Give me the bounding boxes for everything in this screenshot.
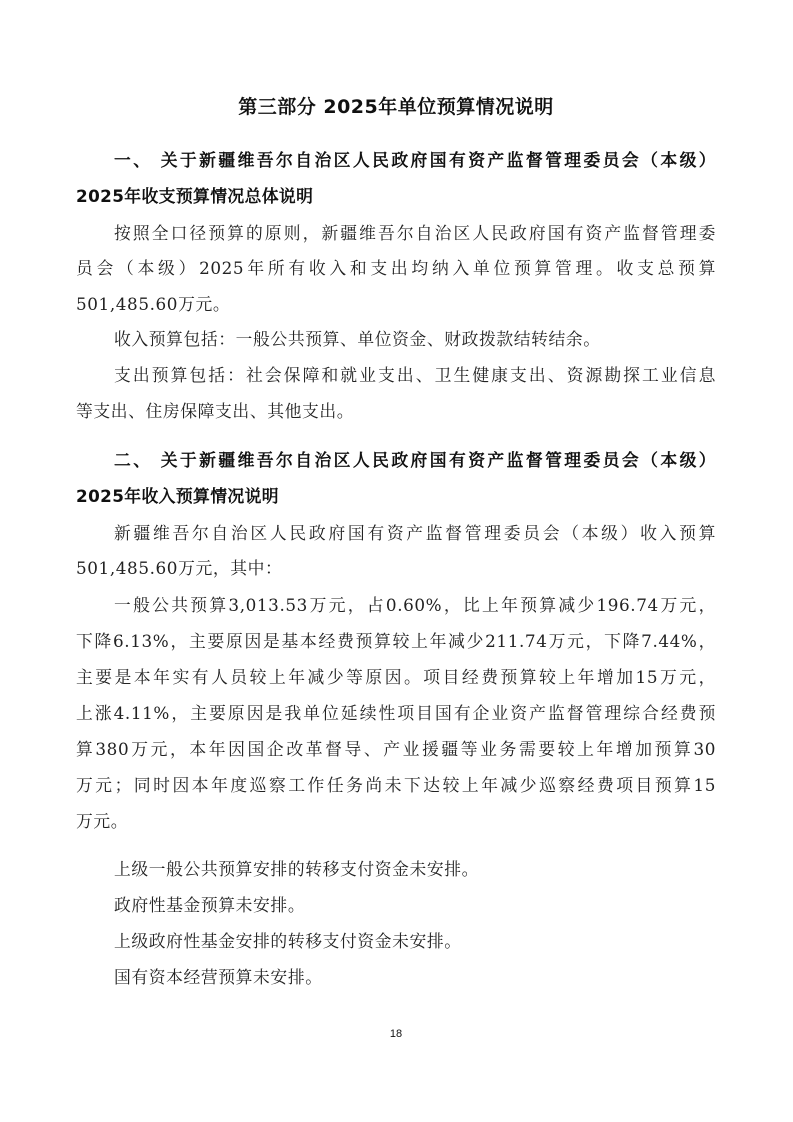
paragraph-line: 一般公共预算3,013.53万元，占0.60%，比上年预算减少196.74万元， [76,593,716,617]
paragraph-line: 收入预算包括：一般公共预算、单位资金、财政拨款结转结余。 [76,327,716,351]
page-number: 18 [76,1028,716,1040]
page-title: 第三部分 2025年单位预算情况说明 [76,92,716,119]
paragraph-line: 下降6.13%，主要原因是基本经费预算较上年减少211.74万元，下降7.44%… [76,629,716,653]
paragraph-line: 算380万元，本年因国企改革督导、产业援疆等业务需要较上年增加预算30 [76,737,716,761]
paragraph-line: 501,485.60万元。 [76,292,716,316]
paragraph-line: 万元。 [76,809,716,833]
section-1-heading-cont: 2025年收支预算情况总体说明 [76,184,716,208]
paragraph-line: 万元；同时因本年度巡察工作任务尚未下达较上年减少巡察经费项目预算15 [76,773,716,797]
section-2-heading: 二、 关于新疆维吾尔自治区人民政府国有资产监督管理委员会（本级） [76,448,716,472]
paragraph-line: 主要是本年实有人员较上年减少等原因。项目经费预算较上年增加15万元， [76,665,716,689]
section-2-heading-cont: 2025年收入预算情况说明 [76,484,716,508]
paragraph-line: 上涨4.11%，主要原因是我单位延续性项目国有企业资产监督管理综合经费预 [76,701,716,725]
paragraph-line: 支出预算包括：社会保障和就业支出、卫生健康支出、资源勘探工业信息 [76,363,716,387]
paragraph-line: 上级政府性基金安排的转移支付资金未安排。 [76,929,716,953]
paragraph-line: 政府性基金预算未安排。 [76,893,716,917]
paragraph-line: 等支出、住房保障支出、其他支出。 [76,399,716,423]
paragraph-line: 员会（本级）2025年所有收入和支出均纳入单位预算管理。收支总预算 [76,256,716,280]
paragraph-line: 新疆维吾尔自治区人民政府国有资产监督管理委员会（本级）收入预算 [76,521,716,545]
section-1-heading: 一、 关于新疆维吾尔自治区人民政府国有资产监督管理委员会（本级） [76,148,716,172]
paragraph-line: 国有资本经营预算未安排。 [76,965,716,989]
paragraph-line: 上级一般公共预算安排的转移支付资金未安排。 [76,857,716,881]
paragraph-line: 按照全口径预算的原则，新疆维吾尔自治区人民政府国有资产监督管理委 [76,221,716,245]
paragraph-line: 501,485.60万元，其中： [76,556,716,580]
